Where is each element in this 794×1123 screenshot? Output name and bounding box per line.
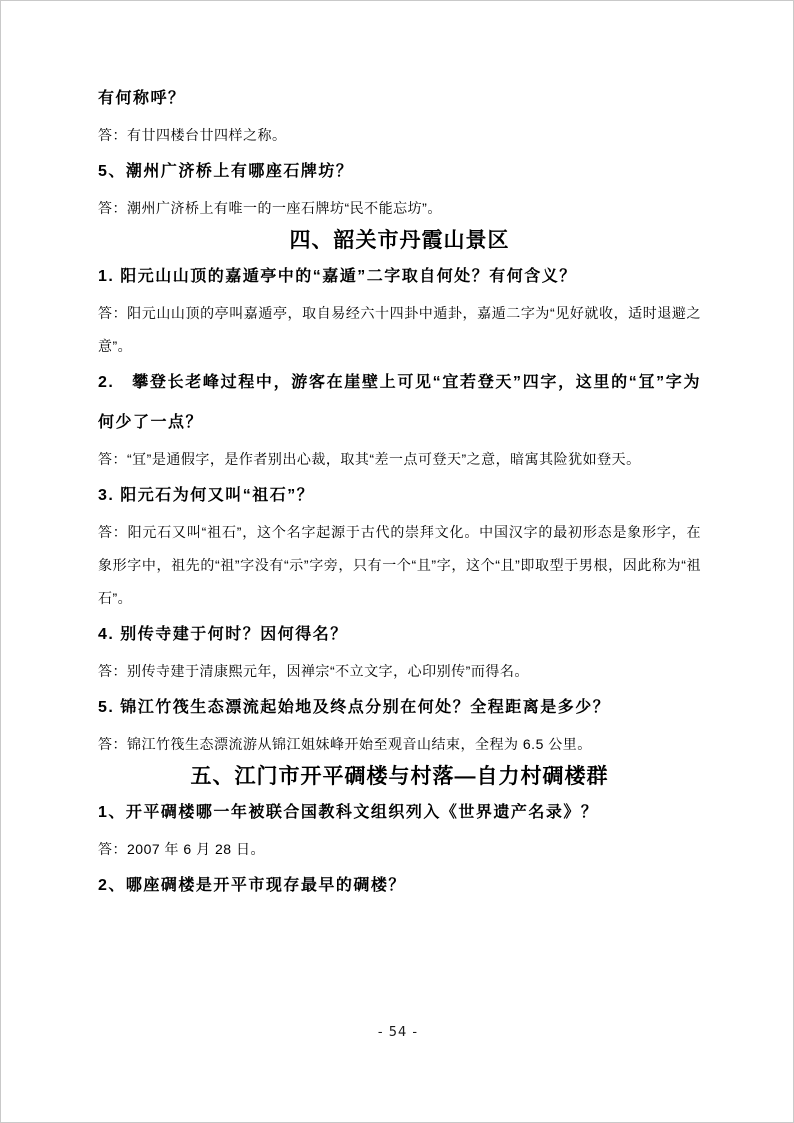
question-paragraph: 2. 攀登长老峰过程中，游客在崖壁上可见“宜若登天”四字，这里的“冝”字为何少了… xyxy=(98,363,701,443)
answer-paragraph: 答：别传寺建于清康熙元年，因禅宗“不立文字，心印别传”而得名。 xyxy=(98,655,701,688)
answer-paragraph: 答：2007 年 6 月 28 日。 xyxy=(98,833,701,866)
question-paragraph: 5. 锦江竹筏生态漂流起始地及终点分别在何处？全程距离是多少？ xyxy=(98,688,701,728)
answer-paragraph: 答：阳元山山顶的亭叫嘉遁亭，取自易经六十四卦中遁卦，嘉遁二字为“见好就收，适时退… xyxy=(98,297,701,363)
page-number: - 54 - xyxy=(1,1025,794,1040)
question-continued-line: 有何称呼？ xyxy=(98,79,701,119)
question-paragraph: 3. 阳元石为何又叫“祖石”？ xyxy=(98,476,701,516)
answer-paragraph: 答：有廿四楼台廿四样之称。 xyxy=(98,119,701,152)
answer-paragraph: 答：潮州广济桥上有唯一的一座石牌坊“民不能忘坊”。 xyxy=(98,192,701,225)
question-paragraph: 1、开平碉楼哪一年被联合国教科文组织列入《世界遗产名录》？ xyxy=(98,793,701,833)
section-heading-danxia: 四、韶关市丹霞山景区 xyxy=(98,225,701,257)
answer-paragraph: 答：锦江竹筏生态漂流游从锦江姐妹峰开始至观音山结束，全程为 6.5 公里。 xyxy=(98,728,701,761)
answer-paragraph: 答：“冝”是通假字，是作者别出心裁，取其“差一点可登天”之意，暗寓其险犹如登天。 xyxy=(98,443,701,476)
question-paragraph: 1. 阳元山山顶的嘉遁亭中的“嘉遁”二字取自何处？有何含义？ xyxy=(98,257,701,297)
answer-paragraph: 答：阳元石又叫“祖石”，这个名字起源于古代的崇拜文化。中国汉字的最初形态是象形字… xyxy=(98,516,701,615)
question-paragraph: 4. 别传寺建于何时？因何得名？ xyxy=(98,615,701,655)
section-heading-diaolou: 五、江门市开平碉楼与村落—自力村碉楼群 xyxy=(98,761,701,793)
question-paragraph: 2、哪座碉楼是开平市现存最早的碉楼？ xyxy=(98,866,701,906)
question-paragraph: 5、潮州广济桥上有哪座石牌坊？ xyxy=(98,152,701,192)
page-content: 有何称呼？ 答：有廿四楼台廿四样之称。 5、潮州广济桥上有哪座石牌坊？ 答：潮州… xyxy=(98,79,701,906)
document-page: 有何称呼？ 答：有廿四楼台廿四样之称。 5、潮州广济桥上有哪座石牌坊？ 答：潮州… xyxy=(0,0,794,1123)
